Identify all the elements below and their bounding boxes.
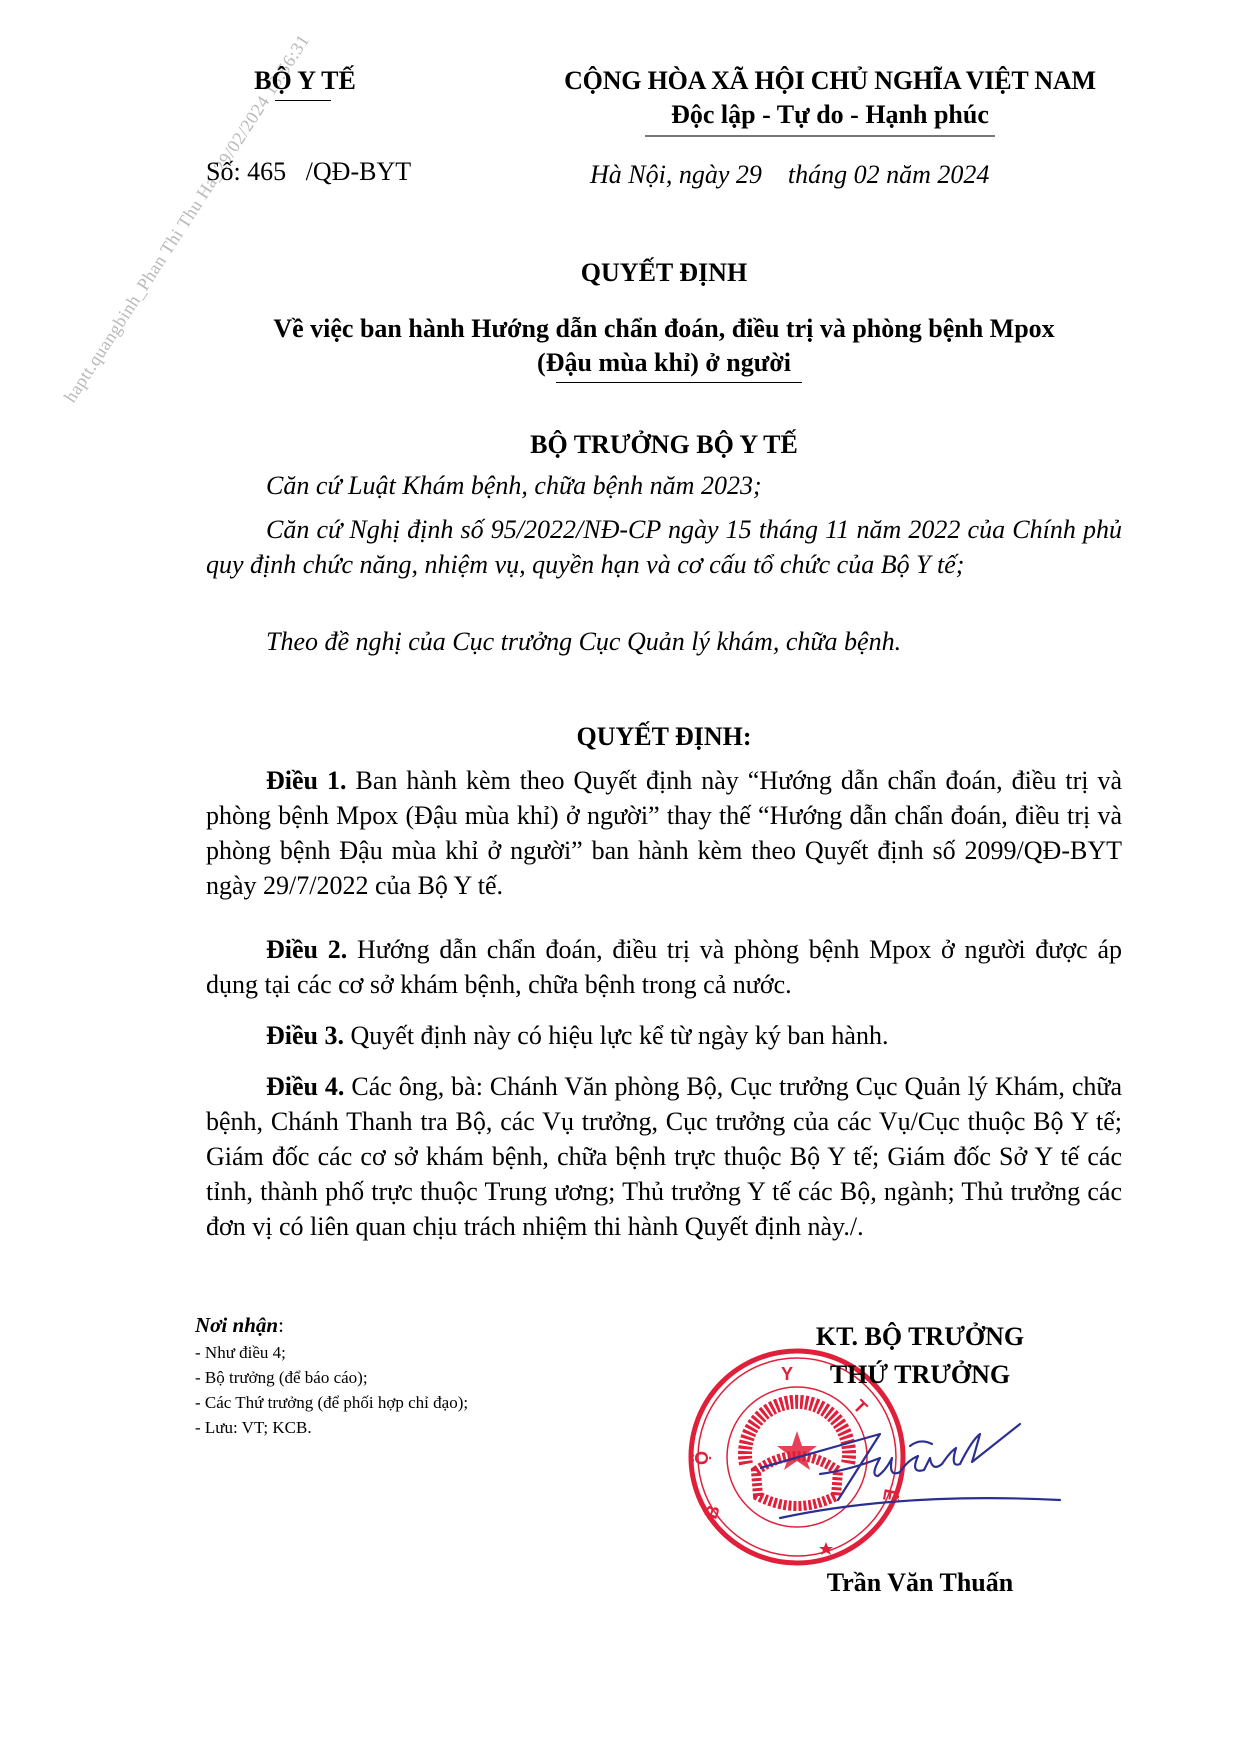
article-3-text: Quyết định này có hiệu lực kể từ ngày ký… — [344, 1021, 888, 1050]
document-subject: Về việc ban hành Hướng dẫn chẩn đoán, đi… — [206, 312, 1122, 380]
handwritten-signature-icon — [760, 1400, 1080, 1520]
article-3-label: Điều 3. — [266, 1021, 344, 1050]
preamble-decree: Căn cứ Nghị định số 95/2022/NĐ-CP ngày 1… — [206, 512, 1122, 582]
recipient-item: - Bộ trưởng (để báo cáo); — [195, 1365, 468, 1390]
document-type-title: QUYẾT ĐỊNH — [206, 258, 1122, 288]
national-motto: Độc lập - Tự do - Hạnh phúc — [520, 100, 1140, 130]
motto-underline — [645, 135, 995, 137]
article-2: Điều 2. Hướng dẫn chẩn đoán, điều trị và… — [206, 932, 1122, 1002]
signatory-title: KT. BỘ TRƯỞNG THỨ TRƯỞNG — [760, 1318, 1080, 1394]
preamble-law: Căn cứ Luật Khám bệnh, chữa bệnh năm 202… — [206, 468, 1122, 503]
recipients-list: - Như điều 4; - Bộ trưởng (để báo cáo); … — [195, 1340, 468, 1440]
place-and-date: Hà Nội, ngày 29 tháng 02 năm 2024 — [590, 160, 989, 190]
article-4: Điều 4. Các ông, bà: Chánh Văn phòng Bộ,… — [206, 1069, 1122, 1244]
signatory-name: Trần Văn Thuấn — [760, 1568, 1080, 1598]
recipient-item: - Lưu: VT; KCB. — [195, 1415, 468, 1440]
signatory-title-line1: KT. BỘ TRƯỞNG — [760, 1318, 1080, 1356]
recipients-heading: Nơi nhận: — [195, 1313, 284, 1338]
subject-line-1: Về việc ban hành Hướng dẫn chẩn đoán, đi… — [206, 312, 1122, 346]
issuing-authority: BỘ TRƯỞNG BỘ Y TẾ — [206, 430, 1122, 460]
subject-underline — [556, 382, 802, 383]
subject-line-2: (Đậu mùa khỉ) ở người — [206, 346, 1122, 380]
article-2-label: Điều 2. — [266, 935, 347, 964]
article-3: Điều 3. Quyết định này có hiệu lực kể từ… — [206, 1018, 1122, 1053]
recipient-item: - Như điều 4; — [195, 1340, 468, 1365]
article-1: Điều 1. Ban hành kèm theo Quyết định này… — [206, 763, 1122, 903]
article-4-text: Các ông, bà: Chánh Văn phòng Bộ, Cục trư… — [206, 1072, 1122, 1241]
preamble-proposal: Theo đề nghị của Cục trưởng Cục Quản lý … — [206, 624, 1122, 659]
article-1-label: Điều 1. — [266, 766, 347, 795]
svg-text:B: B — [701, 1502, 724, 1521]
national-title: CỘNG HÒA XÃ HỘI CHỦ NGHĨA VIỆT NAM — [520, 66, 1140, 96]
issuing-agency: BỘ Y TẾ — [230, 66, 380, 96]
recipient-item: - Các Thứ trưởng (để phối hợp chỉ đạo); — [195, 1390, 468, 1415]
decision-heading: QUYẾT ĐỊNH: — [206, 722, 1122, 752]
agency-underline — [275, 100, 331, 101]
signatory-title-line2: THỨ TRƯỞNG — [760, 1356, 1080, 1394]
document-number: Số: 465 /QĐ-BYT — [206, 157, 411, 187]
article-4-label: Điều 4. — [266, 1072, 344, 1101]
svg-text:Ộ: Ộ — [691, 1451, 712, 1465]
